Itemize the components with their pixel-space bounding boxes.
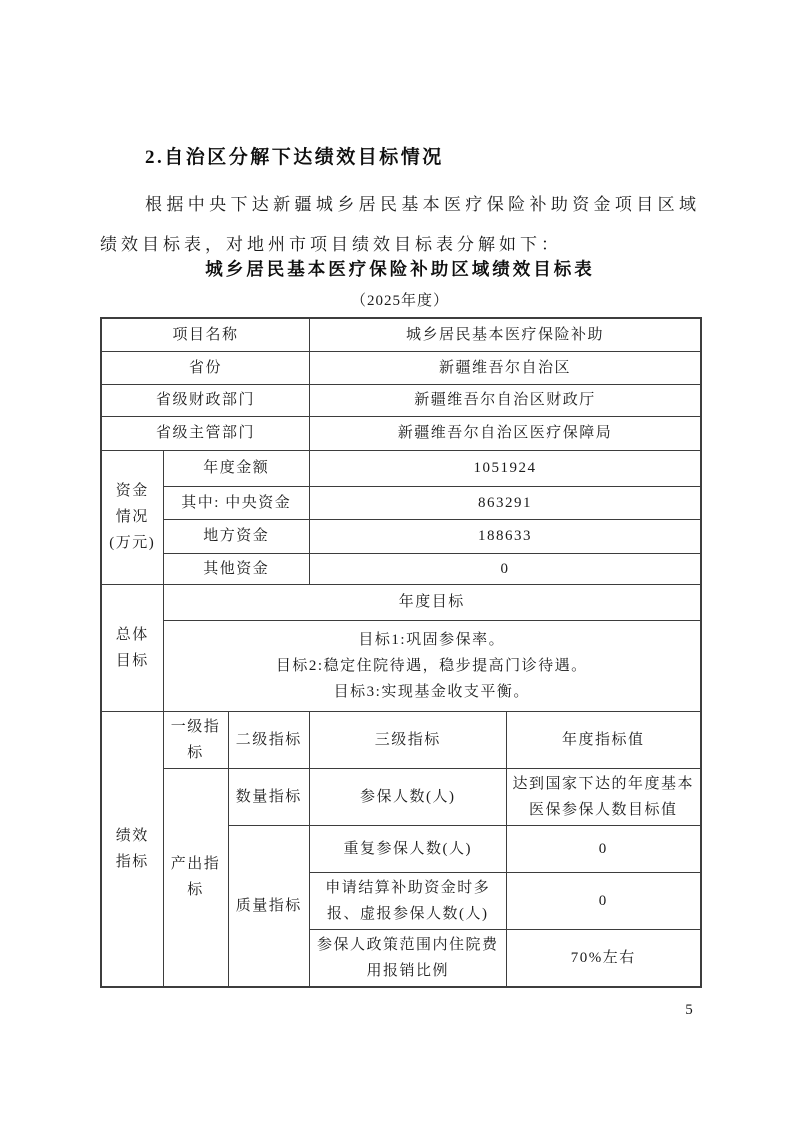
quality-indicator-label: 质量指标	[228, 825, 310, 987]
overall-goal-group-label: 总体 目标	[101, 584, 163, 711]
insured-count-value: 达到国家下达的年度基本医保参保人数目标值	[506, 768, 701, 825]
annual-target-value-header: 年度指标值	[506, 711, 701, 768]
table-row: 省级主管部门 新疆维吾尔自治区医疗保障局	[101, 416, 701, 450]
reimbursement-ratio-name: 参保人政策范围内住院费用报销比例	[310, 929, 507, 987]
other-funds-value: 0	[310, 553, 702, 584]
table-row: 其中: 中央资金 863291	[101, 486, 701, 519]
authority-dept-value: 新疆维吾尔自治区医疗保障局	[310, 416, 702, 450]
project-name-value: 城乡居民基本医疗保险补助	[310, 318, 702, 351]
province-label: 省份	[101, 351, 310, 384]
central-funds-label: 其中: 中央资金	[163, 486, 310, 519]
performance-target-table: 项目名称 城乡居民基本医疗保险补助 省份 新疆维吾尔自治区 省级财政部门 新疆维…	[100, 317, 702, 988]
finance-dept-label: 省级财政部门	[101, 384, 310, 416]
finance-dept-value: 新疆维吾尔自治区财政厅	[310, 384, 702, 416]
table-subtitle-year: （2025年度）	[100, 290, 700, 312]
table-row: 地方资金 188633	[101, 519, 701, 553]
annual-goals-cell: 目标1:巩固参保率。 目标2:稳定住院待遇，稳步提高门诊待遇。 目标3:实现基金…	[163, 620, 701, 711]
goal-line-3: 目标3:实现基金收支平衡。	[167, 679, 698, 705]
local-funds-value: 188633	[310, 519, 702, 553]
annual-goal-header: 年度目标	[163, 584, 701, 620]
authority-dept-label: 省级主管部门	[101, 416, 310, 450]
other-funds-label: 其他资金	[163, 553, 310, 584]
local-funds-label: 地方资金	[163, 519, 310, 553]
annual-amount-label: 年度金额	[163, 450, 310, 486]
project-name-label: 项目名称	[101, 318, 310, 351]
table-row: 绩效 指标 一级指标 二级指标 三级指标 年度指标值	[101, 711, 701, 768]
table-title: 城乡居民基本医疗保险补助区域绩效目标表	[100, 256, 700, 282]
goal-line-2: 目标2:稳定住院待遇，稳步提高门诊待遇。	[167, 653, 698, 679]
insured-count-name: 参保人数(人)	[310, 768, 507, 825]
funds-group-label: 资金 情况 (万元)	[101, 450, 163, 584]
level1-header: 一级指标	[163, 711, 228, 768]
table-row: 省份 新疆维吾尔自治区	[101, 351, 701, 384]
table-row: 其他资金 0	[101, 553, 701, 584]
false-report-value: 0	[506, 872, 701, 929]
annual-amount-value: 1051924	[310, 450, 702, 486]
section-heading: 2.自治区分解下达绩效目标情况	[145, 144, 444, 172]
false-report-name: 申请结算补助资金时多报、虚报参保人数(人)	[310, 872, 507, 929]
table-row: 产出指标 数量指标 参保人数(人) 达到国家下达的年度基本医保参保人数目标值	[101, 768, 701, 825]
output-indicator-label: 产出指标	[163, 768, 228, 987]
indicators-group-label: 绩效 指标	[101, 711, 163, 987]
table-row: 项目名称 城乡居民基本医疗保险补助	[101, 318, 701, 351]
quantity-indicator-label: 数量指标	[228, 768, 310, 825]
central-funds-value: 863291	[310, 486, 702, 519]
table-row: 总体 目标 年度目标	[101, 584, 701, 620]
table-row: 资金 情况 (万元) 年度金额 1051924	[101, 450, 701, 486]
table-row: 省级财政部门 新疆维吾尔自治区财政厅	[101, 384, 701, 416]
level2-header: 二级指标	[228, 711, 310, 768]
reimbursement-ratio-value: 70%左右	[506, 929, 701, 987]
level3-header: 三级指标	[310, 711, 507, 768]
goal-line-1: 目标1:巩固参保率。	[167, 627, 698, 653]
duplicate-insured-value: 0	[506, 825, 701, 872]
document-page: 2.自治区分解下达绩效目标情况 根据中央下达新疆城乡居民基本医疗保险补助资金项目…	[0, 0, 793, 1122]
page-number: 5	[676, 1002, 702, 1019]
province-value: 新疆维吾尔自治区	[310, 351, 702, 384]
intro-paragraph: 根据中央下达新疆城乡居民基本医疗保险补助资金项目区域绩效目标表，对地州市项目绩效…	[100, 185, 700, 265]
duplicate-insured-name: 重复参保人数(人)	[310, 825, 507, 872]
table-row: 目标1:巩固参保率。 目标2:稳定住院待遇，稳步提高门诊待遇。 目标3:实现基金…	[101, 620, 701, 711]
